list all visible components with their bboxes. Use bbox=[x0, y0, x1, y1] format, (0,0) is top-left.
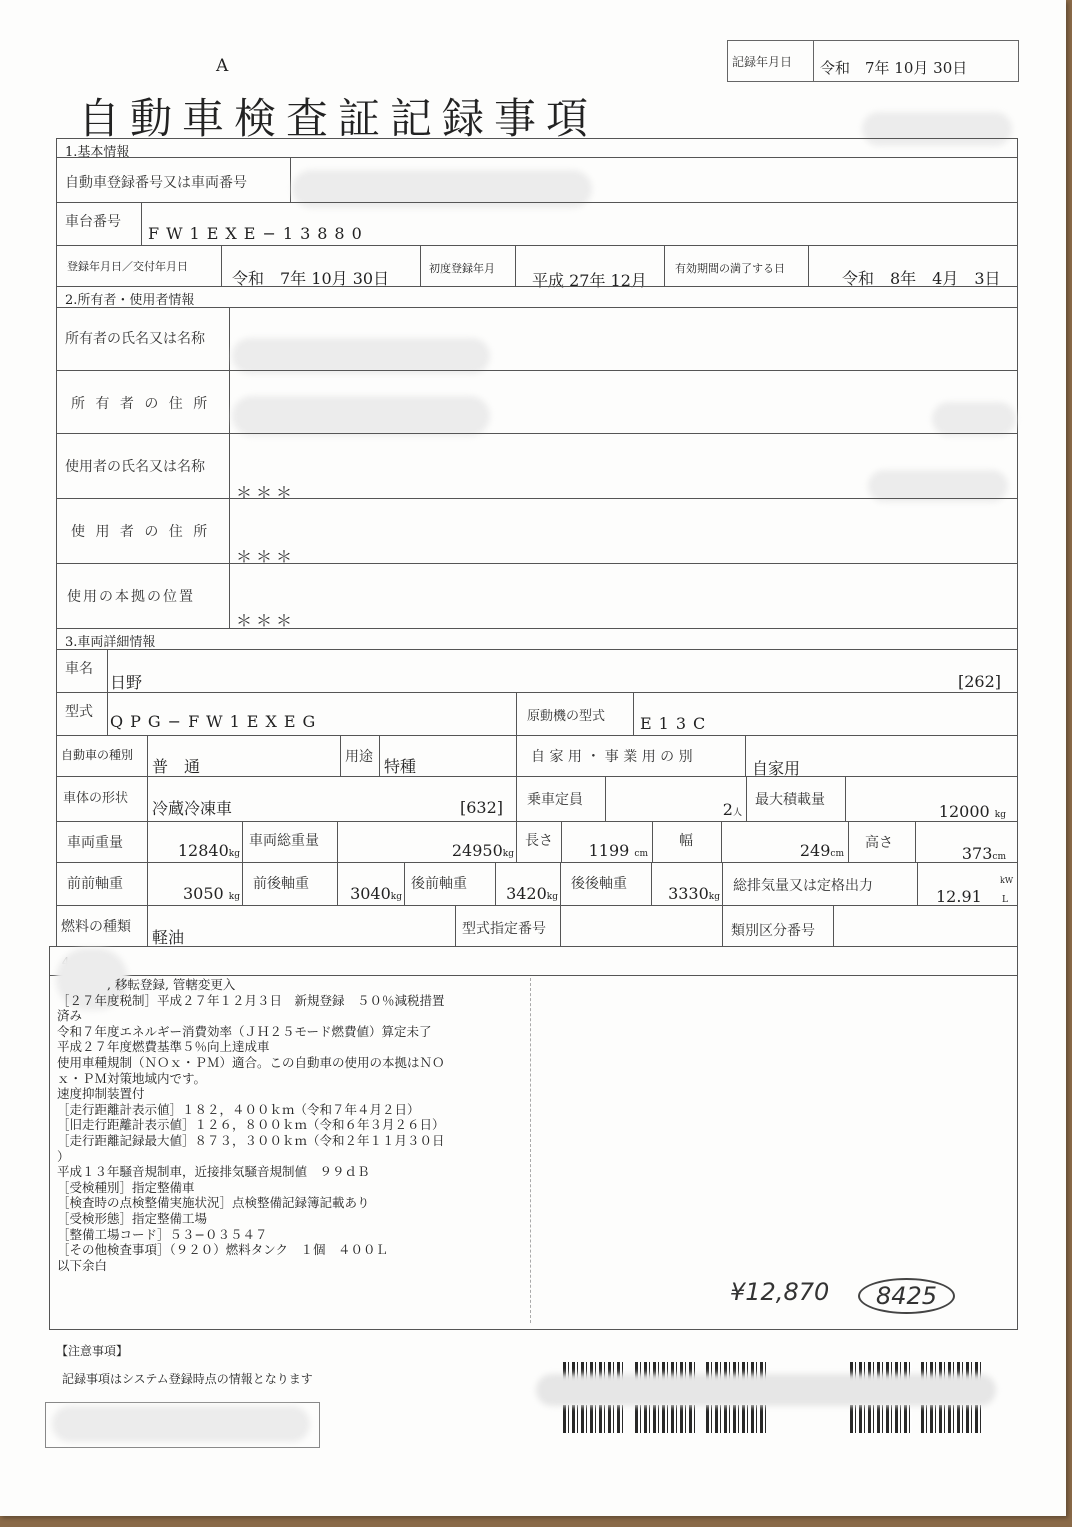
redaction bbox=[536, 1374, 996, 1406]
rr-axle-label-cell: 後後軸重 bbox=[560, 862, 652, 906]
car-name-row bbox=[56, 649, 1018, 693]
category-number-label-cell: 類別区分番号 bbox=[722, 905, 834, 947]
fuel-label-cell: 燃料の種類 bbox=[56, 905, 148, 947]
displacement-value: 12.91 bbox=[936, 887, 982, 906]
remarks-line: ［２７年度税制］平成２７年１２月３日 新規登録 ５０％減税措置 bbox=[57, 993, 445, 1009]
rr-axle-value: 3330kg bbox=[668, 884, 720, 903]
usage-value: 特種 bbox=[384, 754, 416, 777]
remarks-line: ［受検種別］指定整備車 bbox=[57, 1180, 445, 1196]
remarks-line: ［整備工場コード］５３−０３５４７ bbox=[57, 1227, 445, 1243]
user-name-label-cell: 使用者の氏名又は名称 bbox=[56, 433, 230, 499]
redaction bbox=[232, 338, 490, 374]
ff-axle-value: 3050 kg bbox=[183, 884, 240, 903]
qr-code bbox=[563, 1405, 625, 1433]
remarks-divider bbox=[530, 978, 531, 1323]
vehicle-weight-label-cell: 車両重量 bbox=[56, 821, 148, 863]
remarks-line: , 移転登録, 管轄変更入 bbox=[57, 977, 445, 993]
length-label-cell: 長さ bbox=[516, 821, 562, 863]
fr-axle-label-cell: 前後軸重 bbox=[242, 862, 338, 906]
body-shape-value: 冷蔵冷凍車 bbox=[152, 796, 232, 819]
vehicle-type-label: 自動車の種別 bbox=[56, 735, 148, 777]
notes-text: 記録事項はシステム登録時点の情報となります bbox=[62, 1370, 313, 1387]
record-date-box: 記録年月日 令和 7年 10月 30日 bbox=[727, 40, 1019, 82]
car-name-code: [262] bbox=[958, 672, 1001, 691]
rf-axle-value: 3420kg bbox=[506, 884, 558, 903]
width-label-cell: 幅 bbox=[652, 821, 722, 863]
ff-axle-label-cell: 前前軸重 bbox=[56, 862, 148, 906]
vehicle-weight-value-cell: 12840kg bbox=[147, 821, 243, 863]
rr-axle-value-cell: 3330kg bbox=[651, 862, 723, 906]
length-value: 1199 cm bbox=[589, 841, 648, 860]
type-designation-value-cell bbox=[560, 905, 723, 947]
remarks-line: ） bbox=[57, 1149, 445, 1165]
owner-address-label-cell: 所 有 者 の 住 所 bbox=[56, 370, 230, 434]
engine-model-label-cell: 原動機の型式 bbox=[516, 692, 634, 736]
max-load-value: 12000 kg bbox=[939, 802, 1006, 821]
height-value: 373cm bbox=[962, 844, 1006, 863]
registration-number-label: 自動車登録番号又は車両番号 bbox=[56, 157, 291, 203]
capacity-value-cell: 2人 bbox=[605, 776, 747, 822]
remarks-line: ［その他検査事項］（９２０）燃料タンク １個 ４００Ｌ bbox=[57, 1242, 445, 1258]
remarks-text: , 移転登録, 管轄変更入［２７年度税制］平成２７年１２月３日 新規登録 ５０％… bbox=[57, 977, 445, 1273]
model-label-cell: 型式 bbox=[56, 692, 108, 736]
record-date-value: 令和 7年 10月 30日 bbox=[814, 41, 1018, 81]
engine-model-value: E13C bbox=[640, 714, 712, 733]
issue-date-label: 登録年月日／交付年月日 bbox=[56, 245, 222, 287]
fr-axle-value: 3040kg bbox=[350, 884, 402, 903]
qr-code bbox=[850, 1405, 912, 1433]
car-name-value: 日野 bbox=[110, 670, 142, 693]
rf-axle-value-cell: 3420kg bbox=[495, 862, 561, 906]
model-value: QPG−FW1EXEG bbox=[110, 712, 322, 731]
page-title: 自動車検査証記録事項 bbox=[78, 86, 598, 146]
remarks-line: ｘ・ＰＭ対策地域内です。 bbox=[57, 1071, 445, 1087]
gross-weight-label-cell: 車両総重量 bbox=[242, 821, 338, 863]
body-shape-label-cell: 車体の形状 bbox=[56, 776, 148, 822]
width-value-cell: 249cm bbox=[721, 821, 849, 863]
private-business-label-cell: 自 家 用 ・ 事 業 用 の 別 bbox=[516, 735, 746, 777]
max-load-label-cell: 最大積載量 bbox=[746, 776, 846, 822]
body-shape-code: [632] bbox=[460, 798, 503, 817]
displacement-unit-kw: kW bbox=[1000, 876, 1013, 885]
handwritten-circled-number: 8425 bbox=[858, 1278, 955, 1314]
remarks-line: ［走行距離計表示値］１８２，４００ｋｍ（令和７年４月２日） bbox=[57, 1102, 445, 1118]
remarks-line: 使用車種規制（ＮＯｘ・ＰＭ）適合。この自動車の使用の本拠はＮＯ bbox=[57, 1055, 445, 1071]
fr-axle-value-cell: 3040kg bbox=[337, 862, 405, 906]
ff-axle-value-cell: 3050 kg bbox=[147, 862, 243, 906]
redaction bbox=[52, 1406, 310, 1442]
gross-weight-value: 24950kg bbox=[452, 841, 514, 860]
height-label-cell: 高さ bbox=[848, 821, 916, 863]
remarks-line: 以下余白 bbox=[57, 1258, 445, 1274]
notes-heading: 【注意事項】 bbox=[56, 1342, 128, 1359]
qr-code bbox=[635, 1405, 697, 1433]
handwritten-price: ¥12,870 bbox=[730, 1278, 829, 1306]
redaction bbox=[932, 402, 1016, 436]
gross-weight-value-cell: 24950kg bbox=[337, 821, 517, 863]
record-date-label: 記録年月日 bbox=[728, 41, 814, 81]
section1-heading: 1.基本情報 bbox=[56, 138, 1018, 158]
qr-code bbox=[921, 1405, 983, 1433]
owner-name-label-cell: 所有者の氏名又は名称 bbox=[56, 307, 230, 371]
remarks-line: 平成２７年度燃費基準５％向上達成車 bbox=[57, 1039, 445, 1055]
width-value: 249cm bbox=[800, 841, 844, 860]
capacity-value: 2人 bbox=[723, 800, 742, 819]
section4-heading-row: 4.備考 bbox=[49, 946, 1018, 976]
remarks-line: ［旧走行距離計表示値］１２６，８００ｋｍ（令和６年３月２６日） bbox=[57, 1117, 445, 1133]
fuel-value: 軽油 bbox=[152, 925, 184, 948]
car-name-label-cell: 車名 bbox=[56, 649, 108, 693]
chassis-number-value: FW1EXE−13880 bbox=[148, 224, 369, 243]
type-designation-label-cell: 型式指定番号 bbox=[455, 905, 561, 947]
remarks-line: ［検査時の点検整備実施状況］点検整備記録簿記載あり bbox=[57, 1195, 445, 1211]
rf-axle-label-cell: 後前軸重 bbox=[404, 862, 496, 906]
qr-code bbox=[706, 1405, 768, 1433]
usage-label-cell: 用途 bbox=[340, 735, 380, 777]
remarks-line: ［走行距離記録最大値］８７３，３００ｋｍ（令和２年１１月３０日 bbox=[57, 1133, 445, 1149]
remarks-line: 平成１３年騒音規制車，近接排気騒音規制値 ９９ｄＢ bbox=[57, 1164, 445, 1180]
remarks-line: 済み bbox=[57, 1008, 445, 1024]
remarks-line: 令和７年度エネルギー消費効率（ＪＨ２５モード燃費値）算定未了 bbox=[57, 1024, 445, 1040]
document-page: A 記録年月日 令和 7年 10月 30日 自動車検査証記録事項 1.基本情報 … bbox=[0, 0, 1066, 1516]
user-address-label-cell: 使 用 者 の 住 所 bbox=[56, 498, 230, 564]
capacity-label-cell: 乗車定員 bbox=[516, 776, 606, 822]
displacement-label-cell: 総排気量又は定格出力 bbox=[722, 862, 918, 906]
expiry-label: 有効期間の満了する日 bbox=[664, 245, 809, 287]
section2-heading: 2.所有者・使用者情報 bbox=[56, 286, 1018, 308]
section3-heading: 3.車両詳細情報 bbox=[56, 628, 1018, 650]
remarks-line: 速度抑制装置付 bbox=[57, 1086, 445, 1102]
base-location-label-cell: 使用の本拠の位置 bbox=[56, 563, 230, 629]
chassis-number-label-cell: 車台番号 bbox=[56, 202, 142, 246]
form-code: A bbox=[216, 56, 228, 76]
length-value-cell: 1199 cm bbox=[561, 821, 653, 863]
displacement-unit-l: L bbox=[1002, 895, 1008, 905]
vehicle-weight-value: 12840kg bbox=[178, 841, 240, 860]
remarks-line: ［受検形態］指定整備工場 bbox=[57, 1211, 445, 1227]
redaction bbox=[232, 396, 490, 436]
vehicle-type-value: 普 通 bbox=[152, 754, 200, 777]
first-registration-label: 初度登録年月 bbox=[420, 245, 516, 287]
